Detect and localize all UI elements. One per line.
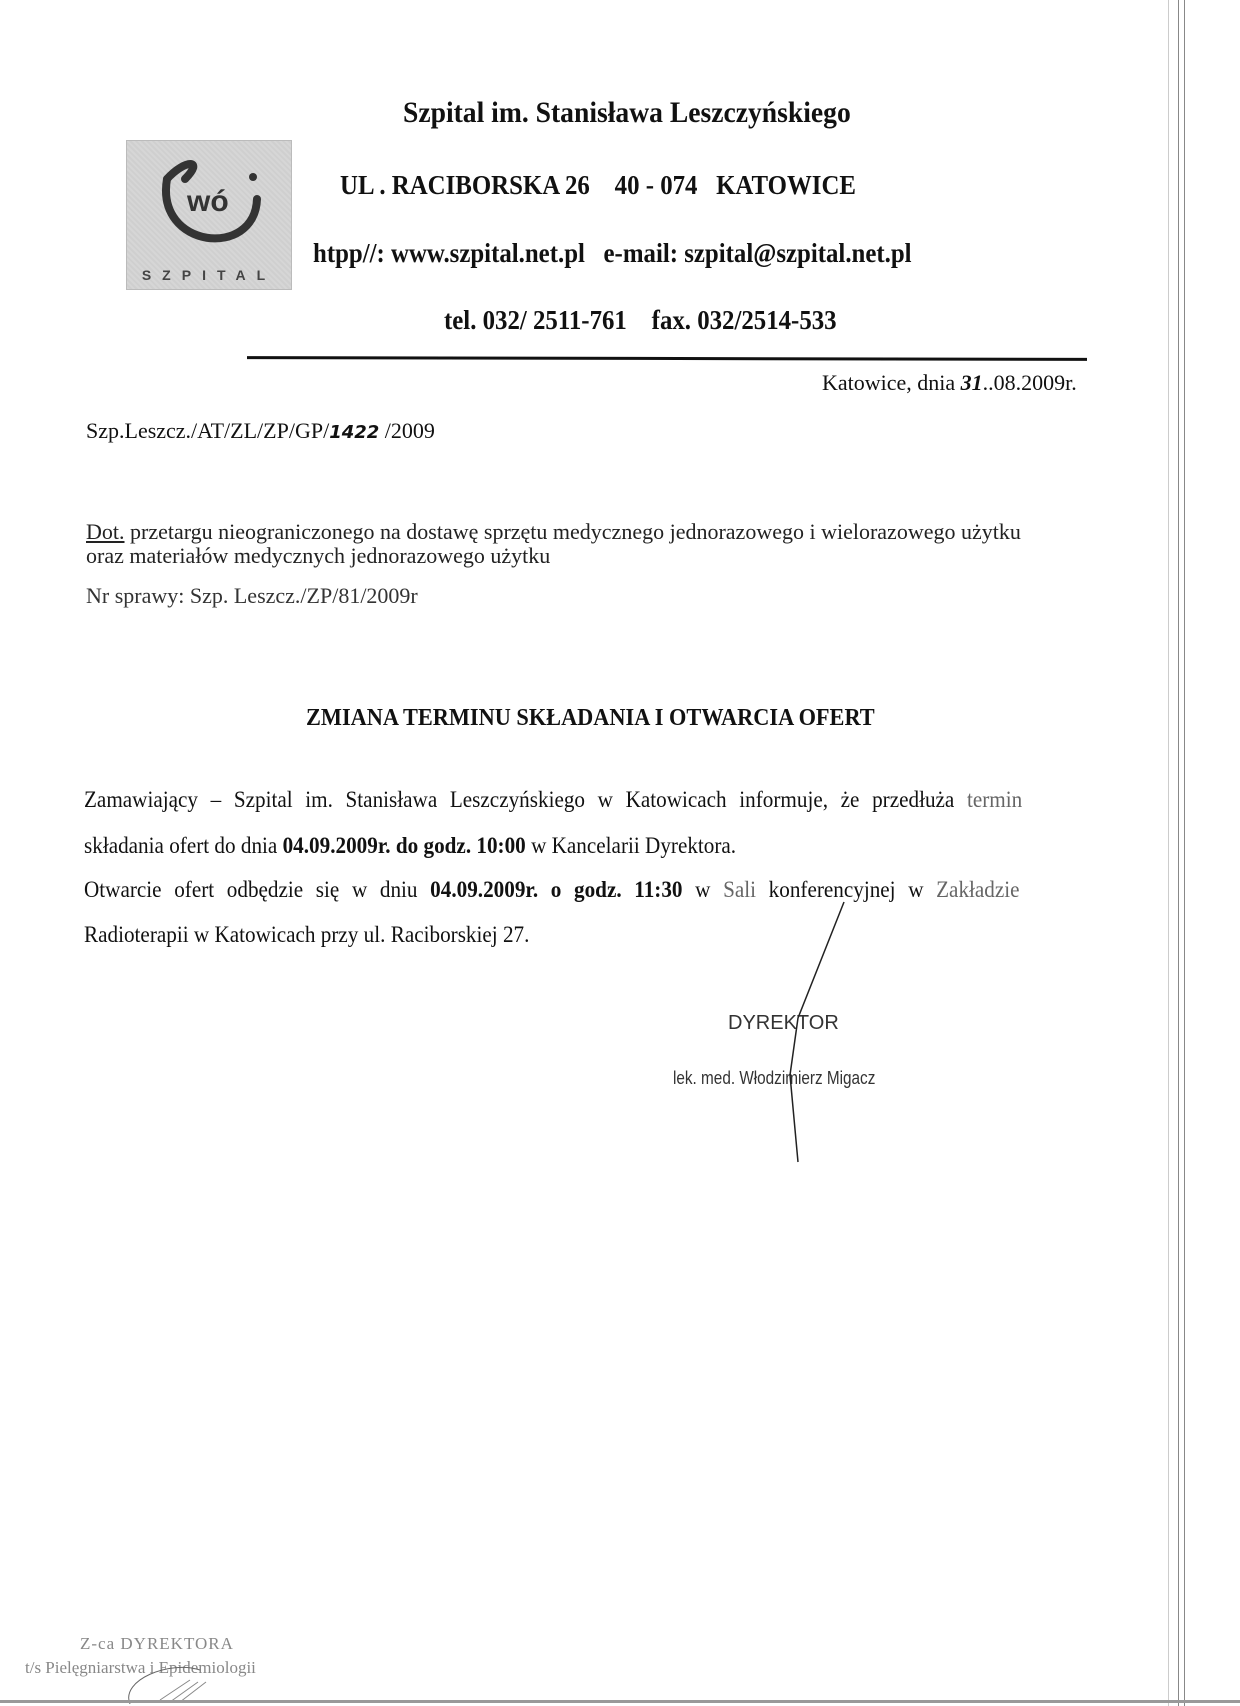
body-text: w xyxy=(682,877,723,902)
scan-edge-line xyxy=(1184,0,1185,1706)
scan-edge-line xyxy=(1168,0,1169,1706)
body-paragraph-2-line-2: Radioterapii w Katowicach przy ul. Racib… xyxy=(84,922,529,948)
body-paragraph-1-line-1: Zamawiający – Szpital im. Stanisława Les… xyxy=(84,787,1022,813)
page-bottom-edge xyxy=(0,1700,1240,1703)
body-text: Otwarcie ofert odbędzie się w dniu xyxy=(84,877,430,902)
reference-number: Szp.Leszcz./AT/ZL/ZP/GP/1422 /2009 xyxy=(86,418,435,444)
deadline-date: 04.09.2009r. do godz. 10:00 xyxy=(283,833,526,858)
date-handwritten: 31 xyxy=(961,370,983,395)
twoj-logo-icon: wó xyxy=(145,149,273,267)
ref-handwritten: 1422 xyxy=(329,422,379,443)
handwritten-signature-icon xyxy=(740,900,860,1170)
subject-block: Dot. przetargu nieograniczonego na dosta… xyxy=(86,520,1021,568)
opening-date: 04.09.2009r. o godz. 11:30 xyxy=(430,877,682,902)
body-text: Sali xyxy=(723,877,756,902)
footer-signature-icon xyxy=(110,1660,230,1704)
hospital-logo: wó SZPITAL xyxy=(126,140,292,290)
hospital-phone-fax: tel. 032/ 2511-761 fax. 032/2514-533 xyxy=(444,305,837,336)
scan-edge-line xyxy=(1178,0,1179,1706)
date-prefix: Katowice, dnia xyxy=(822,370,961,395)
body-paragraph-1-line-2: składania ofert do dnia 04.09.2009r. do … xyxy=(84,833,736,859)
hospital-web-email: htpp//: www.szpital.net.pl e-mail: szpit… xyxy=(313,238,912,269)
footer-deputy-title: Z-ca DYREKTORA xyxy=(80,1634,234,1654)
subject-line2: oraz materiałów medycznych jednorazowego… xyxy=(86,543,550,568)
body-text: składania ofert do dnia xyxy=(84,833,283,858)
body-text: termin xyxy=(967,787,1022,812)
body-paragraph-2-line-1: Otwarcie ofert odbędzie się w dniu 04.09… xyxy=(84,877,1020,903)
hospital-name: Szpital im. Stanisława Leszczyńskiego xyxy=(403,96,851,130)
document-title: ZMIANA TERMINU SKŁADANIA I OTWARCIA OFER… xyxy=(306,705,875,732)
logo-brand-text: SZPITAL xyxy=(127,267,291,283)
ref-prefix: Szp.Leszcz./AT/ZL/ZP/GP/ xyxy=(86,418,329,443)
body-text: Zamawiający – Szpital im. Stanisława Les… xyxy=(84,787,967,812)
subject-label: Dot. xyxy=(86,519,125,544)
body-text: Zakładzie xyxy=(936,877,1019,902)
hospital-address: UL . RACIBORSKA 26 40 - 074 KATOWICE xyxy=(340,170,856,201)
body-text: w Kancelarii Dyrektora. xyxy=(526,833,736,858)
body-text: konferencyjnej w xyxy=(756,877,936,902)
subject-line1: przetargu nieograniczonego na dostawę sp… xyxy=(125,519,1021,544)
ref-suffix: /2009 xyxy=(379,418,435,443)
letter-date: Katowice, dnia 31..08.2009r. xyxy=(822,370,1077,396)
header-divider xyxy=(247,356,1087,361)
svg-text:wó: wó xyxy=(186,185,229,218)
date-suffix: ..08.2009r. xyxy=(983,370,1077,395)
case-number: Nr sprawy: Szp. Leszcz./ZP/81/2009r xyxy=(86,583,418,609)
